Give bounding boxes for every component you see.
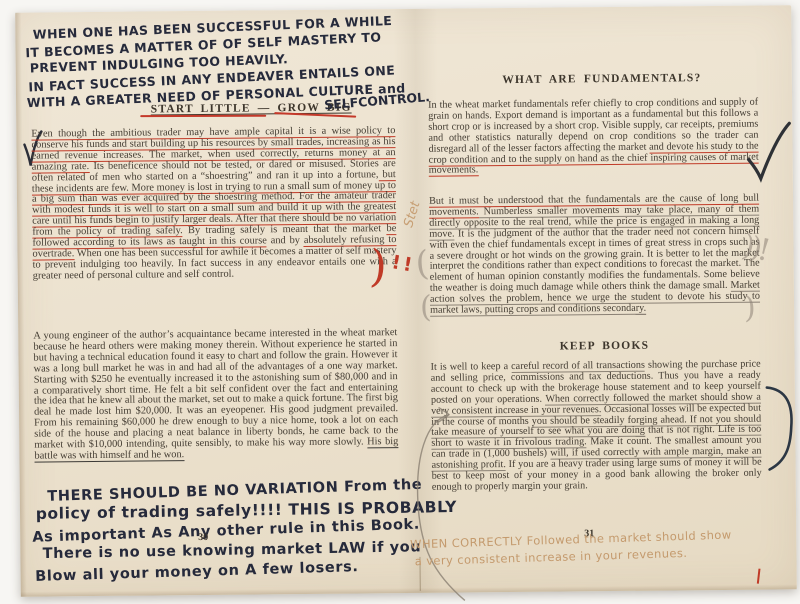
paragraph-left-1: Even though the ambitious trader may hav…	[31, 126, 396, 282]
red-underline-mark	[140, 115, 266, 118]
red-exclaim-mark: !!	[390, 251, 417, 277]
pencil-paren-mark: )	[744, 294, 756, 324]
paragraph-right-1: In the wheat market fundamentals refer c…	[428, 98, 759, 178]
pencil-arrow-mark	[405, 400, 517, 604]
pencil-paren-mark: (	[414, 246, 430, 281]
red-paren-mark: )	[368, 245, 388, 290]
book-spread: WHEN ONE HAS BEEN SUCCESSFUL FOR A WHILE…	[15, 5, 797, 596]
ink-bracket-mark	[765, 381, 800, 477]
page-number-30: 30	[198, 532, 208, 543]
paragraph-right-2: But it must be understood that the funda…	[429, 194, 760, 317]
check-mark-icon	[744, 121, 793, 185]
heading-fundamentals: WHAT ARE FUNDAMENTALS?	[482, 72, 722, 86]
paragraph-left-2: A young engineer of the author’s acquain…	[33, 328, 398, 462]
handwritten-note-bottom-left: THERE SHOULD BE NO VARIATION From thepol…	[23, 476, 459, 586]
red-tick-mark	[757, 569, 761, 584]
heading-keep-books: KEEP BOOKS	[534, 339, 674, 352]
pencil-paren-mark: (	[420, 293, 432, 323]
